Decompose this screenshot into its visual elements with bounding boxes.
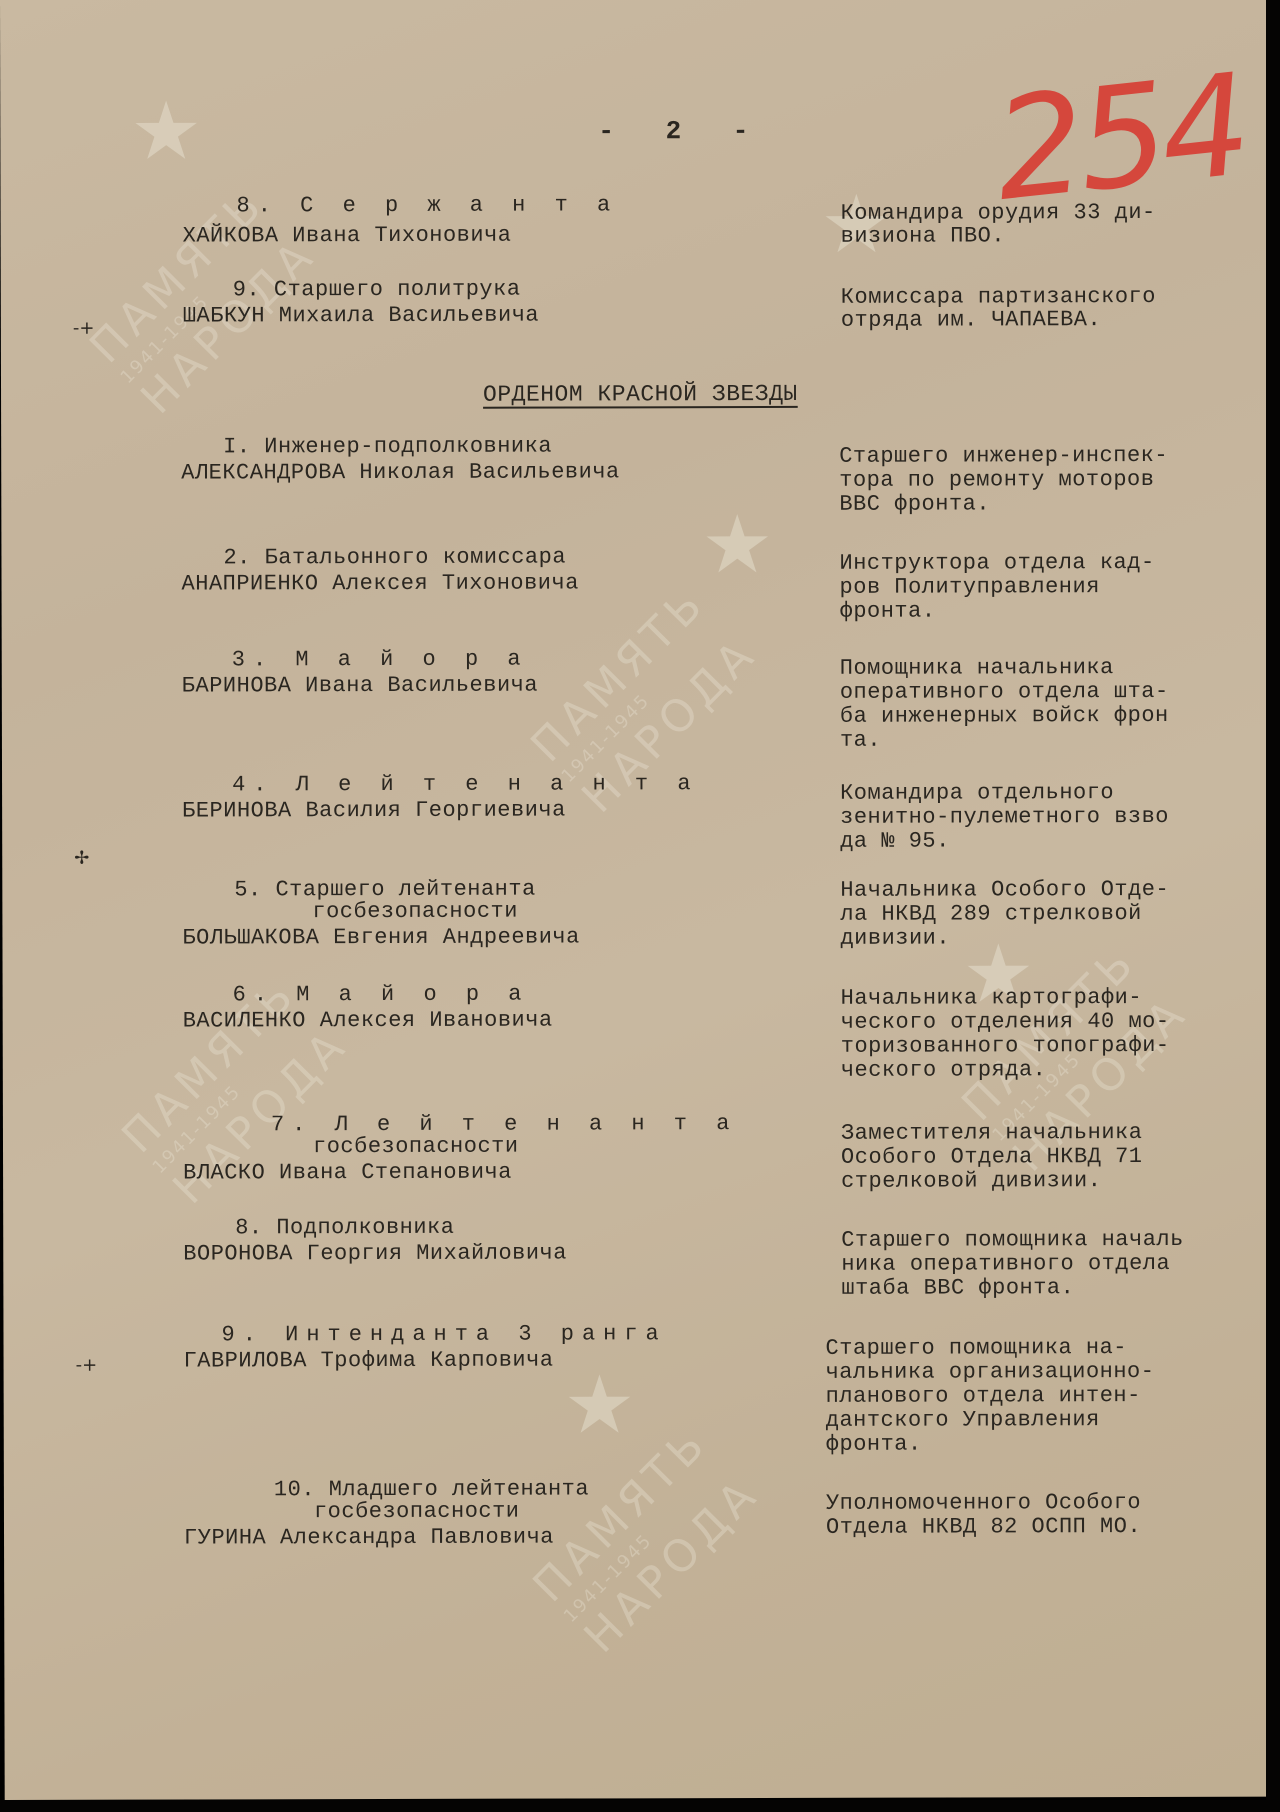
entry-position: Комиссара партизанского — [841, 286, 1156, 309]
entry-name: ВОРОНОВА Георгия Михайловича — [183, 1243, 567, 1266]
entry-position: Начальника картографи- — [841, 987, 1143, 1010]
entry-position: ника оперативного отдела — [841, 1253, 1170, 1276]
margin-mark: -+ — [76, 1355, 98, 1376]
entry-position: Уполномоченного Особого — [826, 1492, 1141, 1515]
entry-position: ВВС фронта. — [839, 493, 990, 515]
entry-position: Заместителя начальника — [841, 1122, 1143, 1145]
scan-edge — [1266, 0, 1280, 1812]
entry-name: БЕРИНОВА Василия Георгиевича — [182, 800, 566, 823]
entry-position: зенитно-пулеметного взво — [840, 806, 1169, 829]
entry-name: БАРИНОВА Ивана Васильевича — [182, 675, 538, 698]
entry-rank-qualifier: госбезопасности — [313, 1136, 519, 1159]
entry-name: ШАБКУН Михаила Васильевича — [183, 305, 539, 328]
entry-position: фронта. — [840, 601, 936, 623]
entry-name: АНАПРИЕНКО Алексея Тихоновича — [182, 572, 579, 595]
entry-position: планового отдела интен- — [826, 1385, 1141, 1408]
entry-name: ХАЙКОВА Ивана Тихоновича — [183, 225, 512, 248]
entry-position: торизованного топографи- — [841, 1035, 1170, 1058]
entry-position: Особого Отдела НКВД 71 — [841, 1146, 1143, 1169]
entry-rank: 8. С е р ж а н т а — [237, 194, 619, 217]
entry-name: ГУРИНА Александра Павловича — [184, 1527, 554, 1550]
page-number: - 2 - — [598, 120, 766, 142]
entry-rank: 3. М а й о р а — [232, 649, 529, 672]
entry-position: ров Политуправления — [840, 576, 1100, 599]
entry-name: ГАВРИЛОВА Трофима Карповича — [184, 1350, 554, 1373]
entry-position: Командира орудия 33 ди- — [841, 202, 1156, 225]
entry-position: ческого отряда. — [841, 1059, 1047, 1082]
entry-position: оперативного отдела шта- — [840, 681, 1169, 704]
entry-position: Начальника Особого Отде- — [840, 879, 1169, 902]
entry-position: ческого отделения 40 мо- — [841, 1011, 1170, 1034]
section-heading: ОРДЕНОМ КРАСНОЙ ЗВЕЗДЫ — [483, 383, 798, 406]
entry-position: визиона ПВО. — [841, 225, 1005, 247]
margin-mark: -+ — [73, 318, 95, 339]
entry-rank: 10. Младшего лейтенанта — [274, 1478, 589, 1501]
entry-position: Командира отдельного — [840, 782, 1114, 805]
scan-edge — [0, 1800, 1280, 1812]
entry-position: Отдела НКВД 82 ОСПП МО. — [826, 1516, 1141, 1539]
entry-position: дантского Управления — [826, 1409, 1100, 1432]
entry-position: штаба ВВС фронта. — [841, 1277, 1074, 1300]
entry-position: стрелковой дивизии. — [841, 1170, 1101, 1193]
entry-position: Старшего помощника на- — [826, 1337, 1128, 1360]
entry-position: фронта. — [826, 1434, 922, 1456]
entry-rank: 6. М а й о р а — [233, 984, 530, 1007]
entry-position: отряда им. ЧАПАЕВА. — [841, 309, 1101, 332]
entry-position: Инструктора отдела кад- — [839, 552, 1154, 575]
entry-position: ба инженерных войск фрон — [840, 705, 1169, 728]
entry-name: АЛЕКСАНДРОВА Николая Васильевича — [181, 461, 620, 484]
entry-position: да № 95. — [840, 831, 950, 853]
entry-position: Старшего помощника началь — [841, 1229, 1184, 1252]
entry-position: Старшего инженер-инспек- — [839, 445, 1168, 468]
entry-name: ВЛАСКО Ивана Степановича — [183, 1162, 512, 1185]
document-page: ★ ПАМЯТЬ1941-1945НАРОДА ★ ПАМЯТЬ1941-194… — [0, 0, 1273, 1800]
entry-rank-qualifier: госбезопасности — [314, 1501, 520, 1524]
watermark-star-icon: ★ — [130, 84, 202, 177]
entry-rank: 9. Интенданта 3 ранга — [221, 1323, 666, 1346]
margin-mark: ✢ — [74, 848, 89, 869]
entry-name: ВАСИЛЕНКО Алексея Ивановича — [183, 1010, 553, 1033]
entry-rank: 4. Л е й т е н а н т а — [232, 773, 699, 796]
entry-position: тора по ремонту моторов — [839, 469, 1154, 492]
entry-position: дивизии. — [840, 928, 950, 950]
watermark: ПАМЯТЬ1941-1945НАРОДА — [524, 1417, 770, 1663]
entry-rank: I. Инженер-подполковника — [223, 436, 552, 459]
entry-rank-qualifier: госбезопасности — [312, 901, 518, 924]
entry-name: БОЛЬШАКОВА Евгения Андреевича — [182, 926, 579, 949]
entry-rank: 8. Подполковника — [235, 1217, 454, 1240]
entry-position: Помощника начальника — [840, 657, 1114, 680]
entry-position: чальника организационно- — [826, 1361, 1155, 1384]
entry-rank: 2. Батальонного комиссара — [223, 547, 566, 570]
entry-position: та. — [840, 730, 881, 752]
watermark-star-icon: ★ — [564, 1358, 636, 1451]
entry-position: ла НКВД 289 стрелковой — [840, 903, 1142, 926]
entry-rank: 9. Старшего политрука — [233, 279, 521, 302]
watermark-star-icon: ★ — [701, 498, 773, 591]
